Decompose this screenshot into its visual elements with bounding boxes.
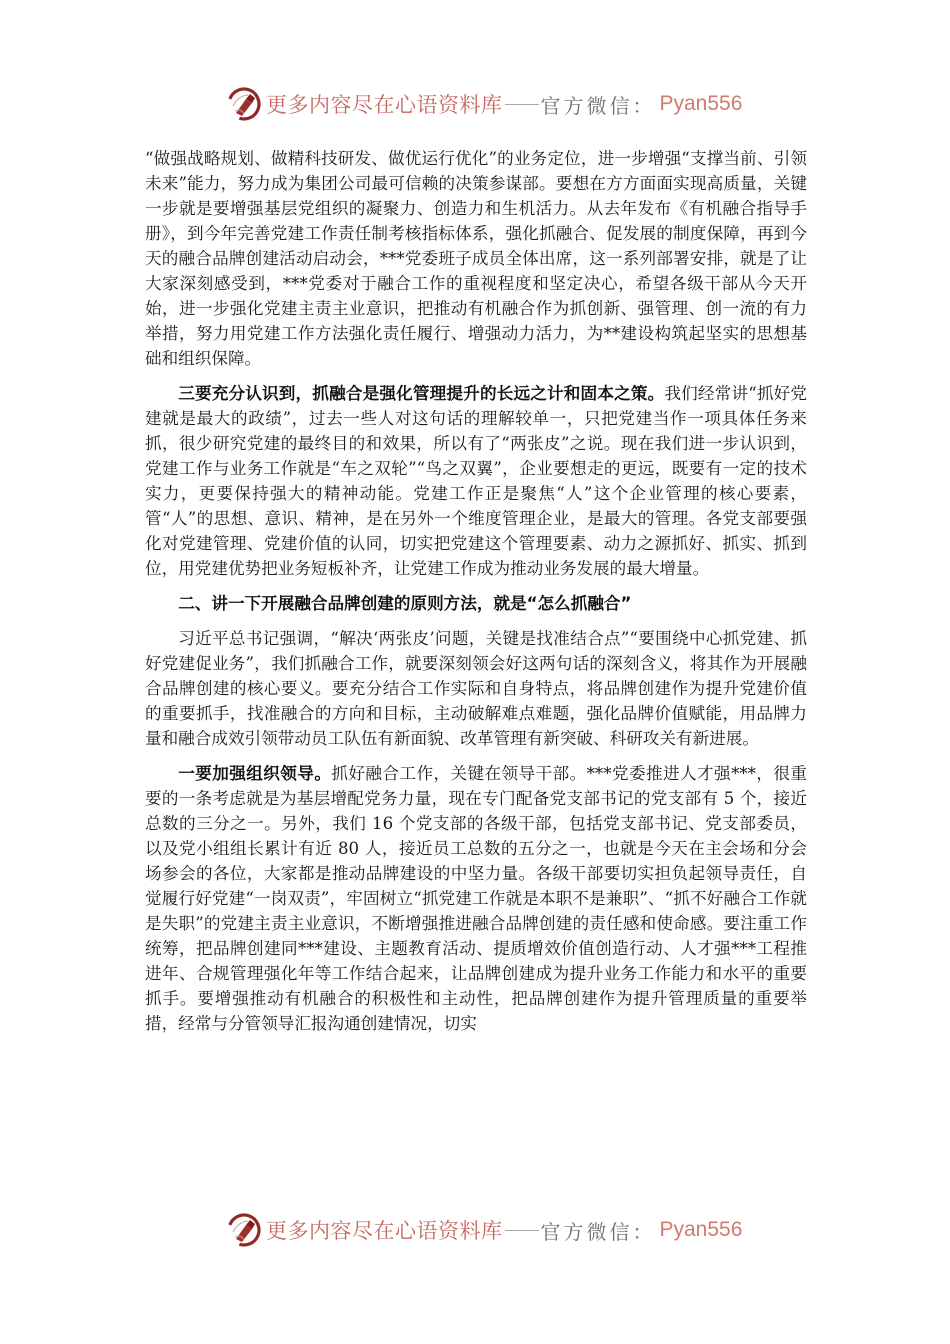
header-watermark: 更多内容尽在心语资料库 官方微信： Pyan556	[226, 84, 742, 124]
paragraph-text: 我们经常讲“抓好党建就是最大的政绩”，过去一些人对这句话的理解较单一，只把党建当…	[145, 384, 807, 578]
watermark-wechat-label: 官方微信：	[541, 1216, 656, 1245]
paragraph-text: 习近平总书记强调，“解决‘两张皮’问题，关键是找准结合点”“要围绕中心抓党建、抓…	[145, 629, 807, 748]
paragraph-point-three: 三要充分认识到，抓融合是强化管理提升的长远之计和固本之策。我们经常讲“抓好党建就…	[145, 381, 807, 581]
paragraph-text: “做强战略规划、做精科技研发、做优运行优化”的业务定位，进一步增强“支撑当前、引…	[145, 149, 807, 368]
watermark-site-text: 更多内容尽在心语资料库	[266, 1215, 503, 1245]
section-heading: 二、讲一下开展融合品牌创建的原则方法，就是“怎么抓融合”	[145, 591, 807, 616]
paragraph-continued: “做强战略规划、做精科技研发、做优运行优化”的业务定位，进一步增强“支撑当前、引…	[145, 146, 807, 371]
footer-watermark: 更多内容尽在心语资料库 官方微信： Pyan556	[226, 1210, 742, 1250]
watermark-separator	[505, 104, 539, 105]
pen-nib-logo-icon	[226, 86, 262, 122]
watermark-wechat-id: Pyan556	[660, 1218, 743, 1242]
paragraph-lead-bold: 三要充分认识到，抓融合是强化管理提升的长远之计和固本之策。	[178, 384, 664, 403]
paragraph-point-one: 一要加强组织领导。抓好融合工作，关键在领导干部。***党委推进人才强***，很重…	[145, 761, 807, 1036]
paragraph-text: 抓好融合工作，关键在领导干部。***党委推进人才强***，很重要的一条考虑就是为…	[145, 764, 807, 1033]
watermark-site-text: 更多内容尽在心语资料库	[266, 89, 503, 119]
paragraph-quote: 习近平总书记强调，“解决‘两张皮’问题，关键是找准结合点”“要围绕中心抓党建、抓…	[145, 626, 807, 751]
watermark-separator	[505, 1230, 539, 1231]
document-body: “做强战略规划、做精科技研发、做优运行优化”的业务定位，进一步增强“支撑当前、引…	[145, 146, 807, 1046]
paragraph-lead-bold: 一要加强组织领导。	[178, 764, 331, 783]
pen-nib-logo-icon	[226, 1212, 262, 1248]
watermark-wechat-label: 官方微信：	[541, 90, 656, 119]
watermark-wechat-id: Pyan556	[660, 92, 743, 116]
